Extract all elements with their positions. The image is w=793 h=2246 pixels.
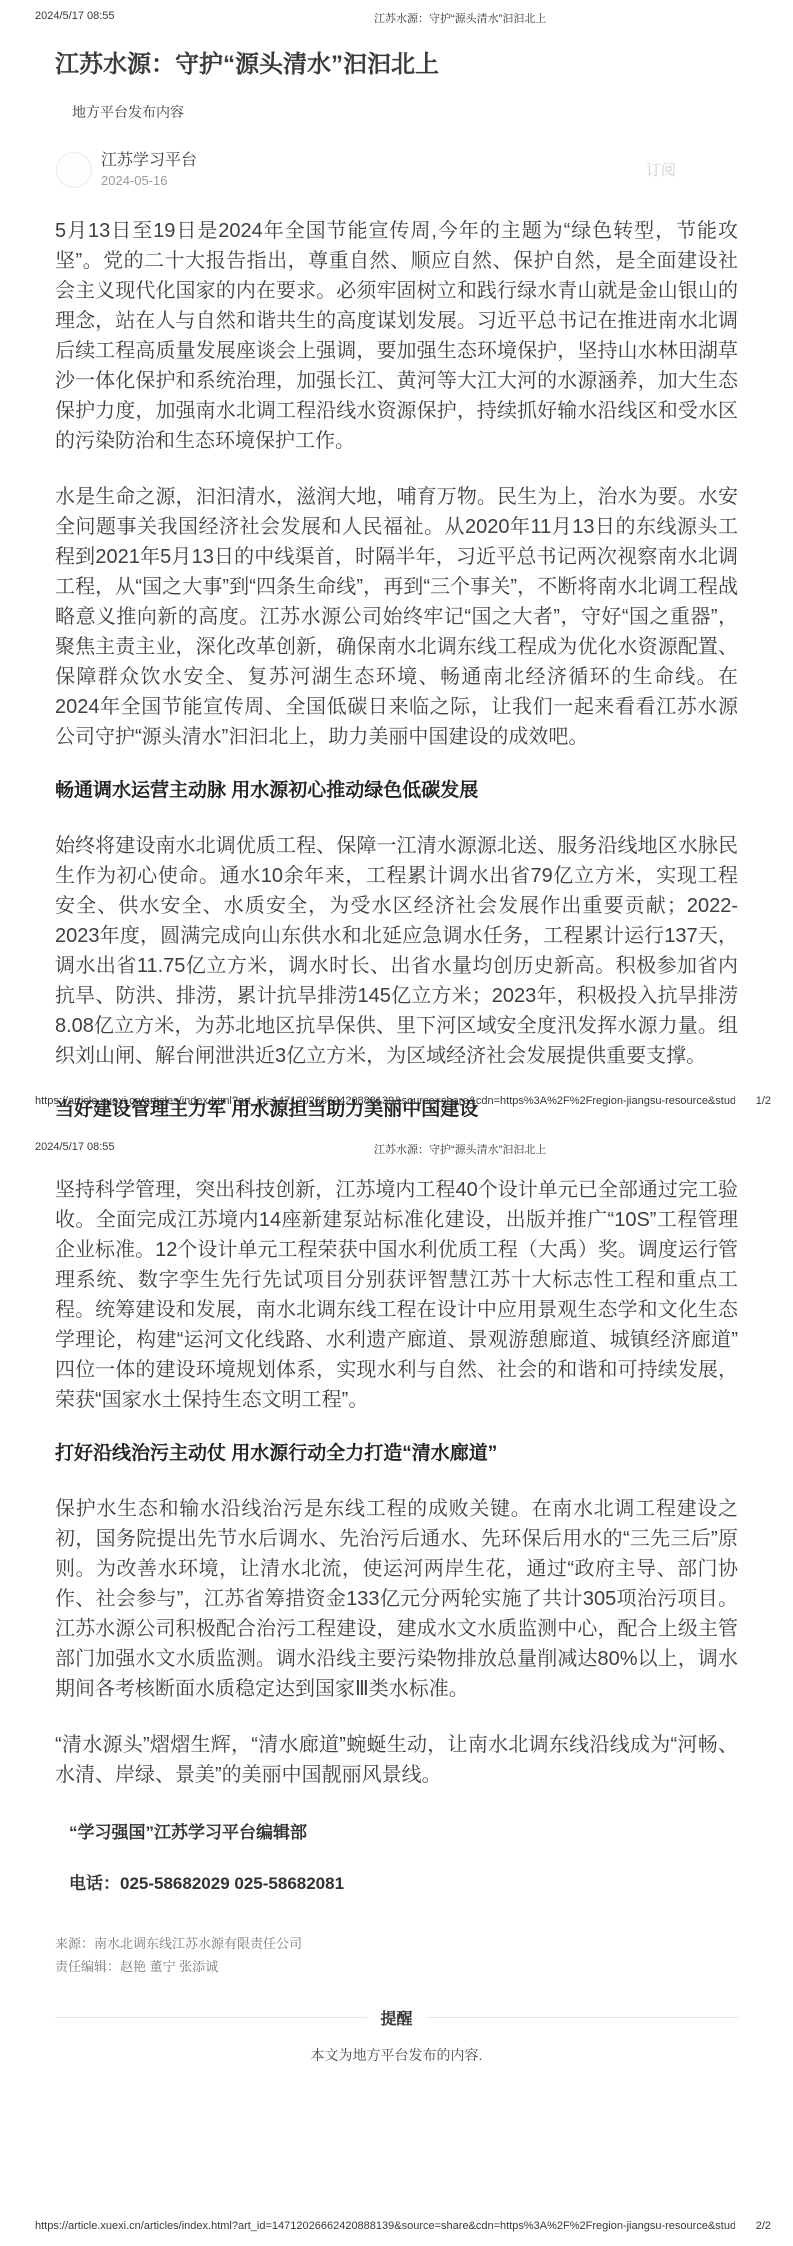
subscribe-button[interactable]: 订阅	[646, 159, 676, 180]
print-page-2: 2024/5/17 08:55 江苏水源：守护“源头清水”汩汩北上 坚持科学管理…	[0, 1135, 793, 2246]
reminder-title-row: 提醒	[55, 2006, 738, 2029]
reminder-block: 提醒 本文为地方平台发布的内容.	[0, 2006, 793, 2065]
article-title: 江苏水源：守护“源头清水”汩汩北上	[55, 48, 738, 82]
print-datetime: 2024/5/17 08:55	[35, 10, 115, 22]
paragraph-4: 坚持科学管理，突出科技创新，江苏境内工程40个设计单元已全部通过完工验收。全面完…	[55, 1175, 738, 1415]
reminder-text: 本文为地方平台发布的内容.	[0, 2045, 793, 2065]
print-doc-title: 江苏水源：守护“源头清水”汩汩北上	[374, 10, 546, 26]
divider-line	[427, 2017, 739, 2018]
editorial-department: “学习强国”江苏学习平台编辑部	[69, 1820, 738, 1845]
print-header: 2024/5/17 08:55 江苏水源：守护“源头清水”汩汩北上	[0, 1135, 793, 1161]
page-indicator: 2/2	[756, 2220, 771, 2232]
paragraph-6: “清水源头”熠熠生辉，“清水廊道”蜿蜒生动，让南水北调东线沿线成为“河畅、水清、…	[55, 1730, 738, 1790]
print-doc-title: 江苏水源：守护“源头清水”汩汩北上	[374, 1141, 546, 1157]
print-url: https://article.xuexi.cn/articles/index.…	[35, 1095, 735, 1107]
print-header: 2024/5/17 08:55 江苏水源：守护“源头清水”汩汩北上	[0, 0, 793, 26]
editorial-phone: 电话：025-58682029 025-58682081	[69, 1871, 738, 1896]
paragraph-1: 5月13日至19日是2024年全国节能宣传周,今年的主题为“绿色转型，节能攻坚”…	[55, 216, 738, 456]
paragraph-2: 水是生命之源，汩汩清水，滋润大地，哺育万物。民生为上，治水为要。水安全问题事关我…	[55, 482, 738, 752]
publish-date: 2024-05-16	[101, 173, 197, 188]
divider-line	[55, 2017, 367, 2018]
paragraph-5: 保护水生态和输水沿线治污是东线工程的成败关键。在南水北调工程建设之初，国务院提出…	[55, 1494, 738, 1704]
print-footer-1: https://article.xuexi.cn/articles/index.…	[35, 1095, 771, 1107]
reminder-title: 提醒	[381, 2006, 413, 2029]
print-page-1: 2024/5/17 08:55 江苏水源：守护“源头清水”汩汩北上 江苏水源：守…	[0, 0, 793, 1135]
print-url: https://article.xuexi.cn/articles/index.…	[35, 2220, 735, 2232]
section-heading-1: 畅通调水运营主动脉 用水源初心推动绿色低碳发展	[55, 777, 738, 805]
editors-line: 责任编辑：赵艳 董宁 张添诚	[55, 1955, 738, 1978]
print-datetime: 2024/5/17 08:55	[35, 1141, 115, 1153]
print-footer-2: https://article.xuexi.cn/articles/index.…	[35, 2220, 771, 2232]
page-indicator: 1/2	[756, 1095, 771, 1107]
author-meta: 江苏学习平台 2024-05-16	[101, 152, 197, 188]
section-heading-3: 打好沿线治污主动仗 用水源行动全力打造“清水廊道”	[55, 1440, 738, 1468]
author-row: 江苏学习平台 2024-05-16 订阅	[56, 150, 738, 190]
article-category-label: 地方平台发布内容	[72, 102, 738, 122]
source-line: 来源：南水北调东线江苏水源有限责任公司	[55, 1932, 738, 1955]
paragraph-3: 始终将建设南水北调优质工程、保障一江清水源源北送、服务沿线地区水脉民生作为初心使…	[55, 831, 738, 1071]
author-name[interactable]: 江苏学习平台	[101, 152, 197, 170]
avatar	[56, 152, 92, 188]
